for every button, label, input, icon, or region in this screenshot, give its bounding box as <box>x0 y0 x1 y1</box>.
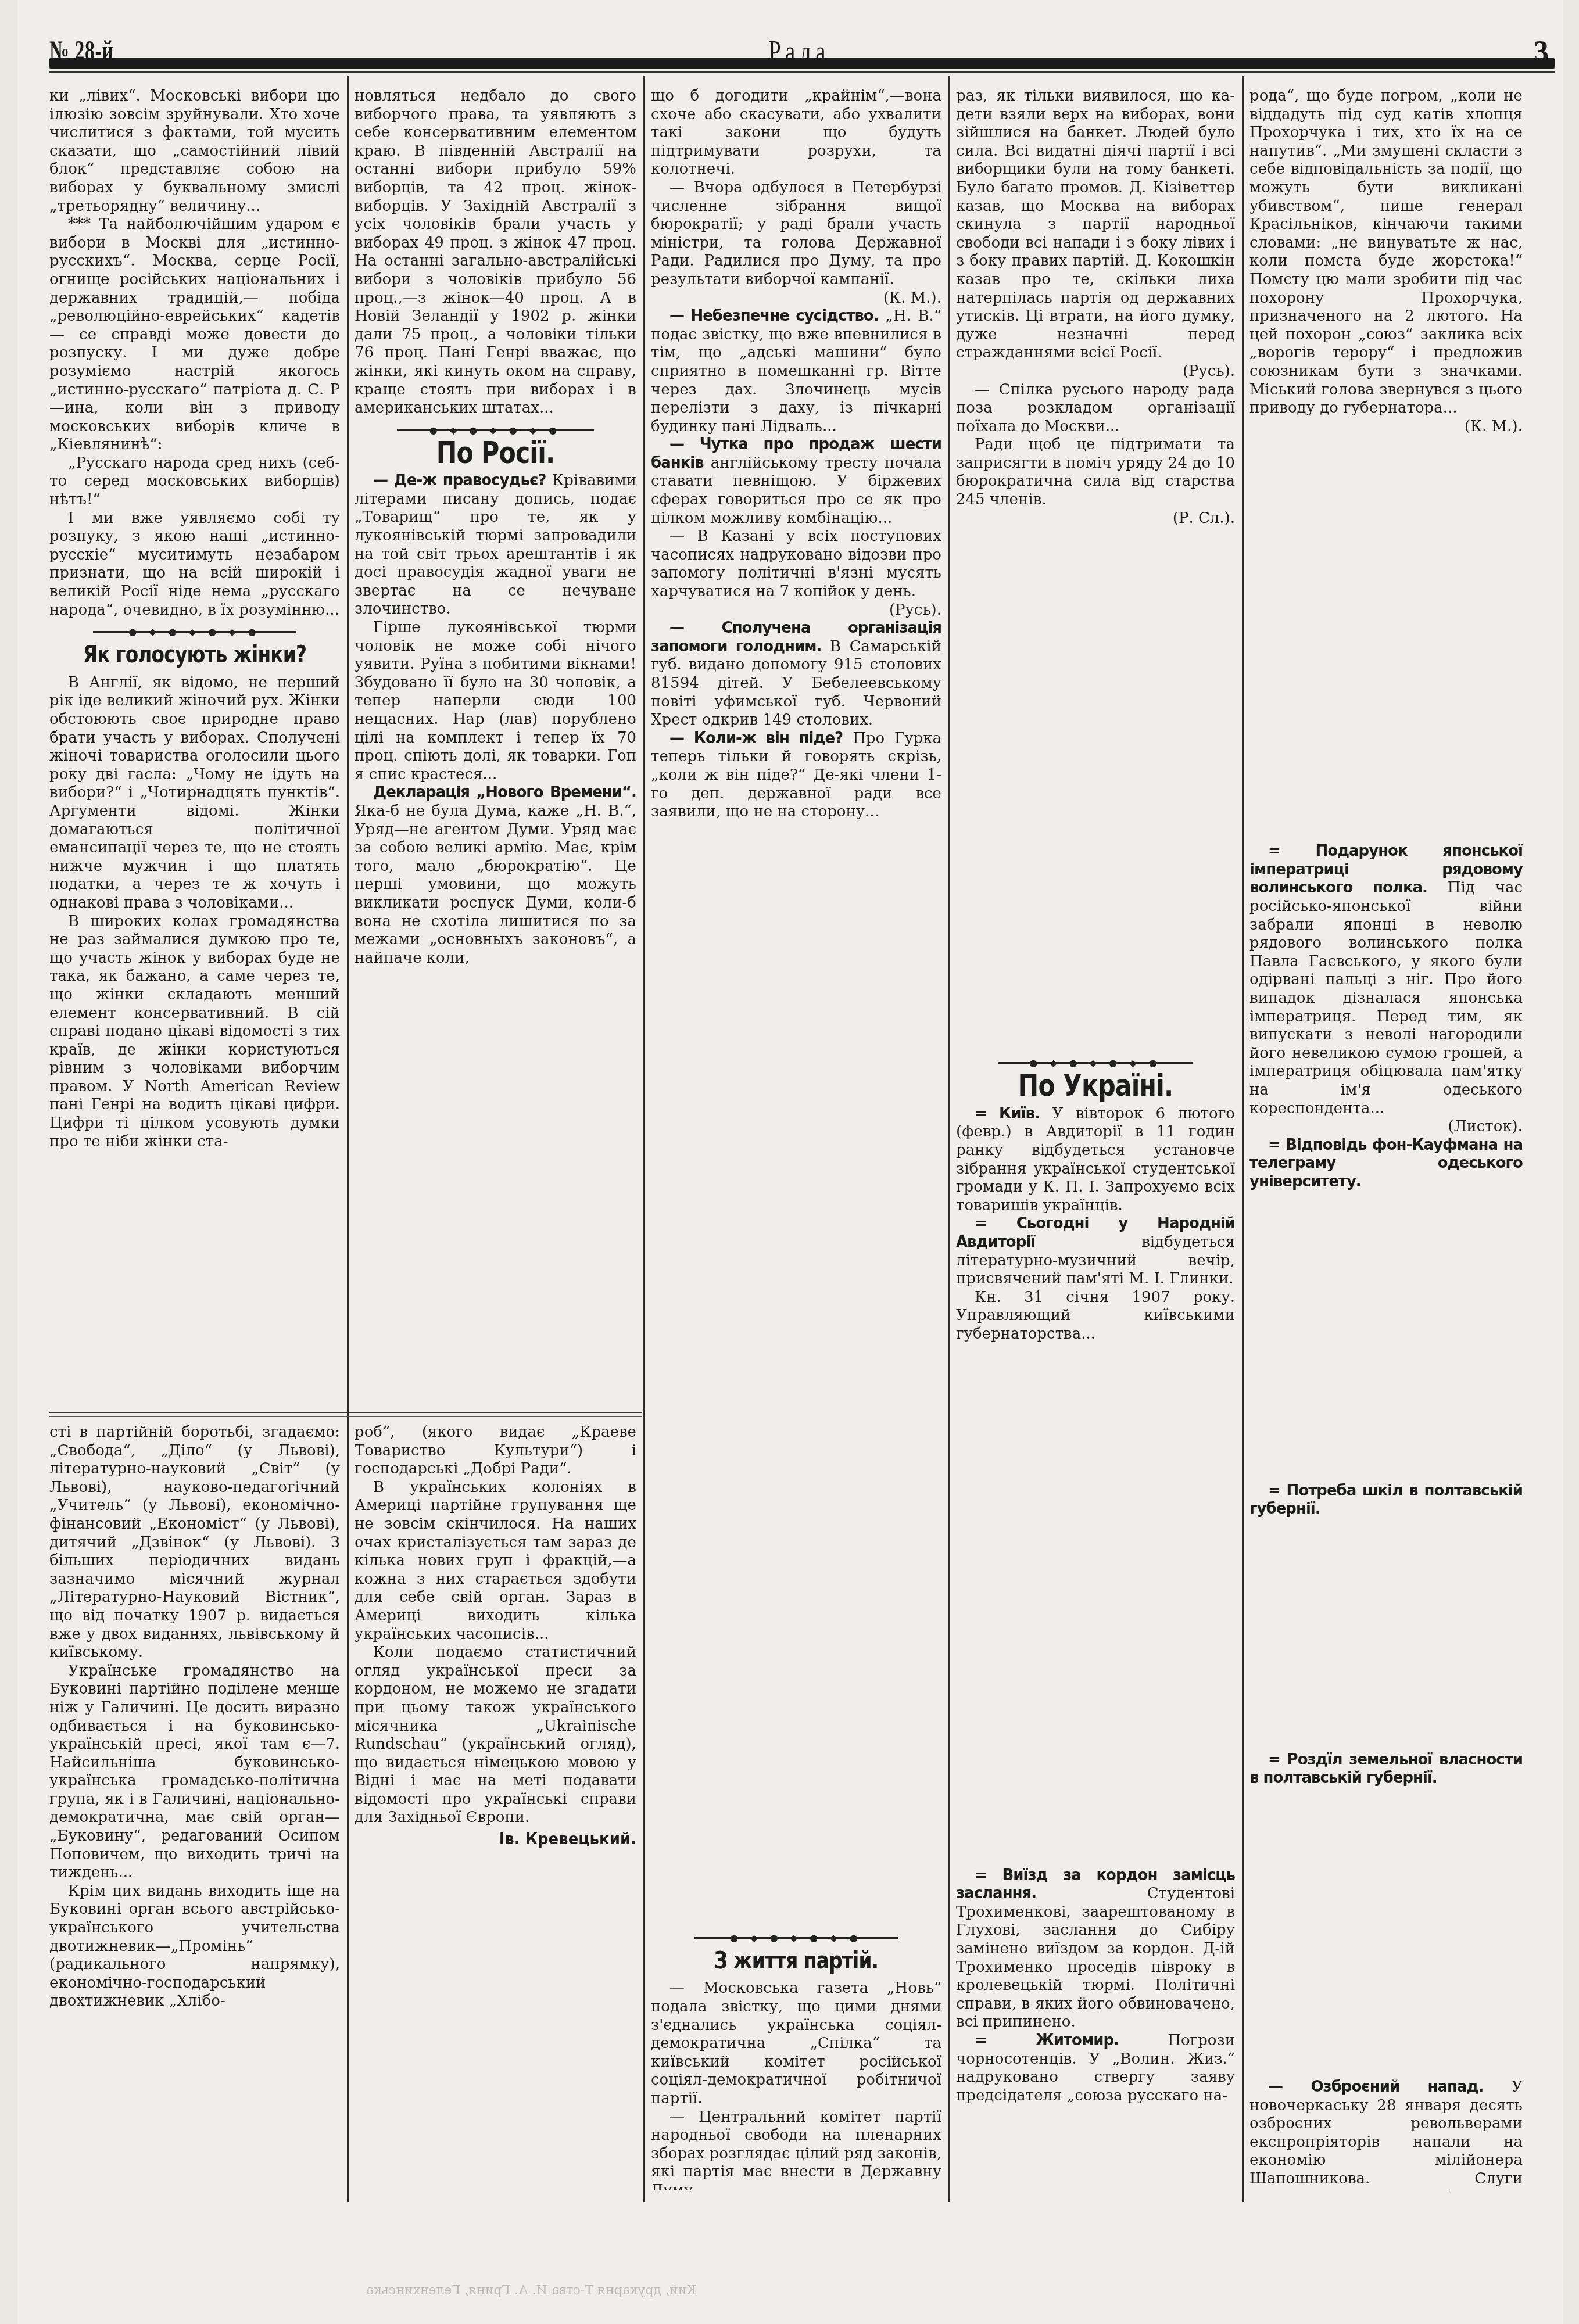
column-1-upper: ки „лівих“. Московські вибори цю ілюзію … <box>49 87 340 1406</box>
article-paragraph: Українське громадянство на Буковині парт… <box>49 1662 340 1882</box>
article-paragraph: Гірше лукоянівської тюрми чоловік не мож… <box>355 619 636 784</box>
section-heading-russia: По Росії. <box>380 444 611 463</box>
article-paragraph: В Англії, як відомо, не перший рік іде в… <box>49 674 340 913</box>
news-lead: = Житомир. <box>975 2032 1119 2049</box>
article-paragraph: В широких колах громадянства не раз займ… <box>49 913 340 1152</box>
article-paragraph: сті в партійній боротьбі, згадаємо: „Сво… <box>49 1423 340 1662</box>
column-divider <box>1242 76 1244 2202</box>
source-attribution: (Р. Сл.). <box>956 510 1235 528</box>
news-text: Крівавими літерами писану допись, подає … <box>355 472 636 618</box>
column-1-lower: сті в партійній боротьбі, згадаємо: „Сво… <box>49 1423 340 2190</box>
masthead-rule <box>49 58 1555 69</box>
news-lead: Декларація „Нового Времени“. <box>373 784 636 801</box>
spacer <box>651 822 941 1925</box>
news-text: Яка-б не була Дума, каже „Н. В.“, Уряд—н… <box>355 802 636 967</box>
news-lead: = Київ. <box>975 1105 1040 1122</box>
news-text: „Н. В.“ подає звістку, що вже впевнилися… <box>651 307 941 435</box>
news-text: Студентові Трохименкові, заарештованому … <box>956 1885 1235 2031</box>
news-item: — В Казані у всіх поступових часописях н… <box>651 528 941 601</box>
source-attribution: (К. М.). <box>651 289 941 308</box>
news-item: — Спілка русього народу рада поза розкла… <box>956 381 1235 436</box>
spacer <box>1249 1788 1523 2078</box>
spacer <box>956 528 1235 1050</box>
article-paragraph: Крім цих видань виходить іще на Буковині… <box>49 1882 340 2011</box>
news-lead: = Роздїл земельної власности в полтавськ… <box>1249 1751 1523 1787</box>
spacer <box>1249 1192 1523 1482</box>
column-divider <box>948 76 950 2202</box>
column-divider <box>643 76 645 2202</box>
article-paragraph: Коли подаємо статистичний огляд українсь… <box>355 1644 636 1827</box>
article-paragraph: ки „лівих“. Московські вибори цю ілюзію … <box>49 87 340 216</box>
column-4: раз, як тільки виявилося, що ка-дети взя… <box>956 87 1235 2190</box>
news-item: — Центральний комітет партії народньої с… <box>651 2108 941 2191</box>
spacer <box>1249 436 1523 842</box>
news-lead: = Відповідь фон-Кауфмана на телеграму од… <box>1249 1136 1523 1190</box>
column-2-lower: роб“, (якого видає „Краеве Товариство Ку… <box>355 1423 636 2190</box>
column-2-upper: новляться недбало до свого виборчого пра… <box>355 87 636 1406</box>
ornament-divider <box>694 1934 898 1942</box>
article-paragraph: *** Та найболючійшим ударом є вибори в М… <box>49 216 340 454</box>
masthead-rule-thin <box>49 71 1555 73</box>
ornament-divider <box>93 627 296 636</box>
news-text: Під час російсько-японської війни забрал… <box>1249 879 1523 1117</box>
column-divider <box>347 76 349 2202</box>
news-lead: — Де-ж правосудьє? <box>373 472 546 489</box>
article-paragraph: рода“, що буде погром, „коли не віддадут… <box>1249 87 1523 418</box>
article-paragraph: І ми вже уявляємо собі ту розпуку, з яко… <box>49 510 340 620</box>
article-heading: Як голосують жінки? <box>76 646 314 665</box>
section-heading-ukraine: По Україні. <box>981 1077 1210 1096</box>
section-heading-parties: З життя партій. <box>677 1952 915 1971</box>
article-paragraph: новляться недбало до свого виборчого пра… <box>355 87 636 418</box>
author-signature: Ів. Кревецький. <box>355 1831 636 1849</box>
news-lead: — Небезпечне сусідство. <box>669 307 879 325</box>
article-paragraph: раз, як тільки виявилося, що ка-дети взя… <box>956 87 1235 363</box>
source-attribution: (К. М.). <box>1249 418 1523 436</box>
source-attribution: (Русь). <box>651 601 941 620</box>
column-5: рода“, що буде погром, „коли не віддадут… <box>1249 87 1523 2190</box>
quote-paragraph: „Русскаго народа сред нихъ (себ-то серед… <box>49 454 340 510</box>
article-paragraph: що б догодити „крайнім“,—вона схоче або … <box>651 87 941 179</box>
news-item: — Московська газета „Новь“ подала звістк… <box>651 1979 941 2108</box>
article-paragraph: роб“, (якого видає „Краеве Товариство Ку… <box>355 1423 636 1479</box>
source-attribution: (Листок). <box>1249 1118 1523 1136</box>
news-lead: = Потреба шкіл в полтавській губернії. <box>1249 1482 1523 1518</box>
ornament-divider <box>998 1059 1193 1067</box>
news-lead: — Озброєний напад. <box>1268 2078 1484 2096</box>
article-paragraph: В українських колоніях в Америці партійн… <box>355 1479 636 1644</box>
news-item: — Вчора одбулося в Петербурзі численне з… <box>651 179 941 289</box>
spacer <box>956 1344 1235 1867</box>
bleed-through-imprint: Кий, друкарня Т-ства И. А. Гриня, Геленх… <box>366 2283 696 2298</box>
newspaper-page: № 28-й Рада 3 ки „лівих“. Московські виб… <box>17 0 1563 2324</box>
ornament-divider <box>397 426 595 434</box>
news-lead: — Коли-ж він піде? <box>669 730 843 747</box>
column-3: що б догодити „крайнім“,—вона схоче або … <box>651 87 941 2190</box>
news-item: Кн. 31 січня 1907 року. Управляющий київ… <box>956 1289 1235 1344</box>
section-separator <box>49 1412 642 1417</box>
news-item: Ради щоб це підтримати та заприсягти в п… <box>956 436 1235 509</box>
spacer <box>1249 1519 1523 1751</box>
source-attribution: (Русь). <box>956 363 1235 381</box>
